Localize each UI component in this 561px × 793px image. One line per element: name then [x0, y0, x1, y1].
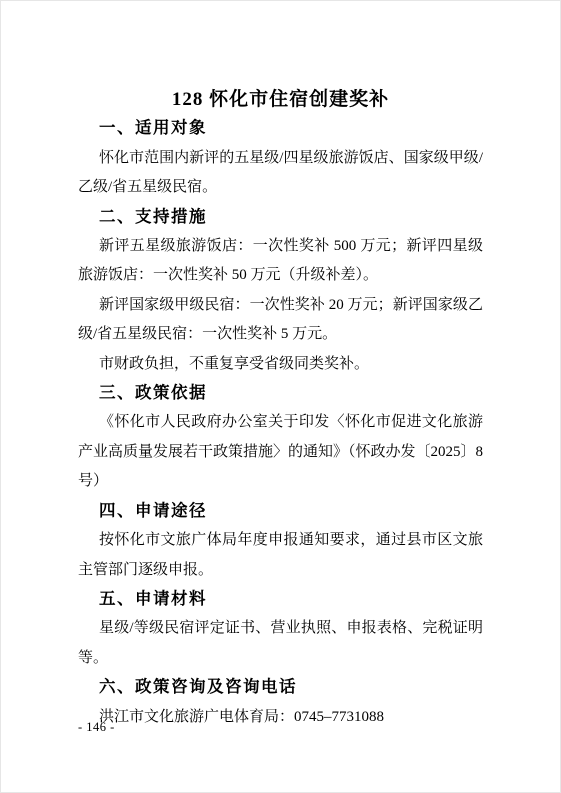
section-heading-1: 一、适用对象	[78, 114, 483, 143]
section-heading-2: 二、支持措施	[78, 203, 483, 232]
section-heading-4: 四、申请途径	[78, 497, 483, 526]
paragraph: 新评五星级旅游饭店：一次性奖补 500 万元；新评四星级旅游饭店：一次性奖补 5…	[78, 232, 483, 291]
paragraph: 新评国家级甲级民宿：一次性奖补 20 万元；新评国家级乙级/省五星级民宿：一次性…	[78, 291, 483, 350]
paragraph: 《怀化市人民政府办公室关于印发〈怀化市促进文化旅游产业高质量发展若干政策措施〉的…	[78, 408, 483, 496]
page-title: 128 怀化市住宿创建奖补	[78, 85, 483, 114]
section-heading-3: 三、政策依据	[78, 379, 483, 408]
section-heading-6: 六、政策咨询及咨询电话	[78, 673, 483, 702]
paragraph: 按怀化市文旅广体局年度申报通知要求，通过县市区文旅主管部门逐级申报。	[78, 526, 483, 585]
paragraph: 洪江市文化旅游广电体育局：0745–7731088	[78, 703, 483, 732]
page-number: - 146 -	[78, 720, 115, 735]
section-heading-5: 五、申请材料	[78, 585, 483, 614]
paragraph: 星级/等级民宿评定证书、营业执照、申报表格、完税证明等。	[78, 614, 483, 673]
paragraph: 怀化市范围内新评的五星级/四星级旅游饭店、国家级甲级/乙级/省五星级民宿。	[78, 144, 483, 203]
paragraph: 市财政负担，不重复享受省级同类奖补。	[78, 350, 483, 379]
document-page: 128 怀化市住宿创建奖补 一、适用对象 怀化市范围内新评的五星级/四星级旅游饭…	[0, 0, 561, 793]
